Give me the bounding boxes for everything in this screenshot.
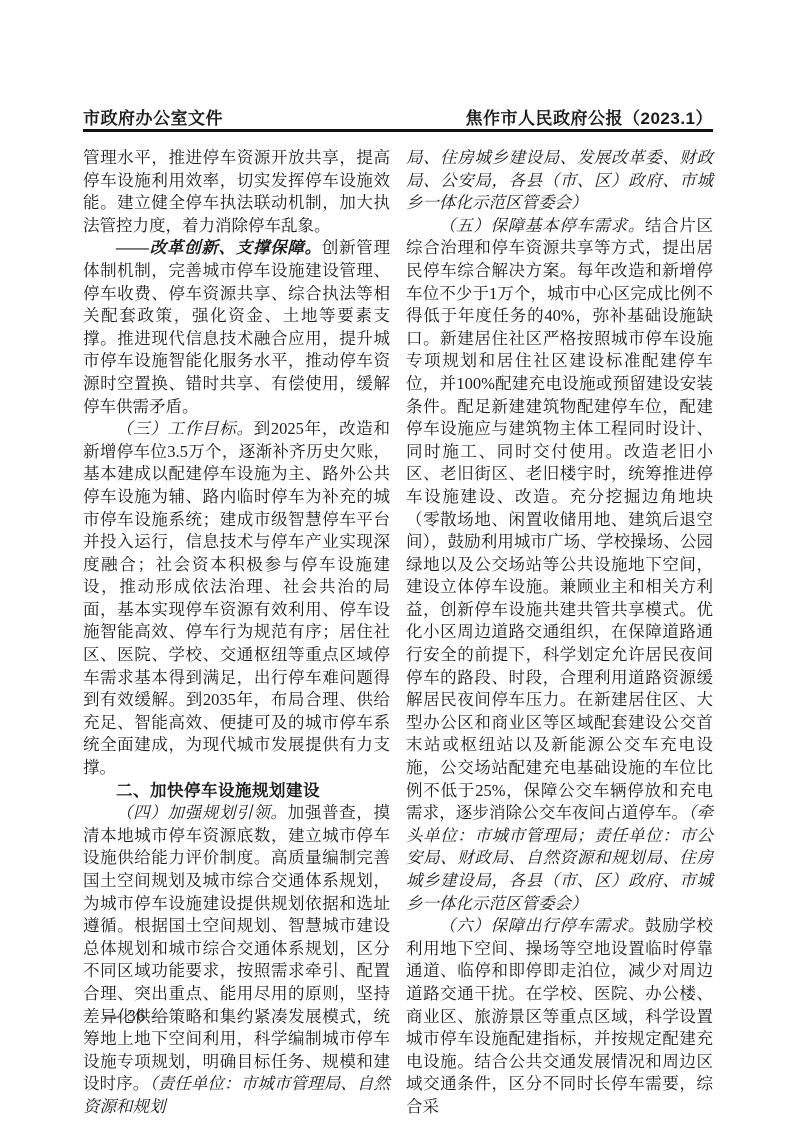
text-run-normal: 加强普查，摸清本地城市停车资源底数，建立城市停车设施供给能力评价制度。高质量编制…: [83, 803, 390, 1093]
header-rule: [83, 129, 713, 132]
header-gazette-title: 焦作市人民政府公报（2023.1）: [466, 104, 714, 129]
paragraph-basic-parking-demand: （五）保障基本停车需求。结合片区综合治理和停车资源共享等方式，提出居民停车综合解…: [406, 215, 713, 915]
text-run-normal: 鼓励学校利用地下空间、操场等空地设置临时停靠通道、临停和即停即走泊位，减少对周边…: [406, 916, 713, 1116]
paragraph-travel-parking-demand: （六）保障出行停车需求。鼓励学校利用地下空间、操场等空地设置临时停靠通道、临停和…: [406, 915, 713, 1118]
paragraph-work-goals: （三）工作目标。到2025年，改造和新增停车位3.5万个，逐渐补齐历史欠账，基本…: [83, 418, 390, 780]
gazette-page: 市政府办公室文件 焦作市人民政府公报（2023.1） 管理水平，推进停车资源开放…: [0, 0, 793, 1122]
document-body: 管理水平，推进停车资源开放共享，提高停车设施利用效率，切实发挥停车设施效能。建立…: [83, 147, 713, 1119]
section-heading-2: 二、加快停车设施规划建设: [83, 780, 390, 803]
text-run-normal: 管理水平，推进停车资源开放共享，提高停车设施利用效率，切实发挥停车设施效能。建立…: [83, 148, 390, 235]
left-column: 管理水平，推进停车资源开放共享，提高停车设施利用效率，切实发挥停车设施效能。建立…: [83, 147, 390, 1119]
text-run-kai: （六）保障出行停车需求。: [439, 916, 645, 935]
paragraph-reform-innovation: ——改革创新、支撑保障。创新管理体制机制，完善城市停车设施建设管理、停车收费、停…: [83, 237, 390, 418]
text-run-heading: 二、加快停车设施规划建设: [116, 782, 320, 800]
text-run-kai: 局、住房城乡建设局、发展改革委、财政局、公安局，各县（市、区）政府、市城乡一体化…: [406, 148, 713, 212]
right-column: 局、住房城乡建设局、发展改革委、财政局、公安局，各县（市、区）政府、市城乡一体化…: [406, 147, 713, 1119]
paragraph-planning-guidance: （四）加强规划引领。加强普查，摸清本地城市停车资源底数，建立城市停车设施供给能力…: [83, 802, 390, 1118]
text-run-kai: （四）加强规划引领。: [116, 803, 288, 822]
text-run-kai: （五）保障基本停车需求。: [439, 216, 645, 235]
text-run-kai: （三）工作目标。: [116, 419, 254, 438]
paragraph-responsible-units-continued: 局、住房城乡建设局、发展改革委、财政局、公安局，各县（市、区）政府、市城乡一体化…: [406, 147, 713, 215]
text-run-normal: 创新管理体制机制，完善城市停车设施建设管理、停车收费、停车资源共享、综合执法等相…: [83, 238, 390, 415]
page-header: 市政府办公室文件 焦作市人民政府公报（2023.1）: [83, 104, 713, 129]
page-number: — 36 —: [104, 1006, 170, 1026]
text-run-normal: 结合片区综合治理和停车资源共享等方式，提出居民停车综合解决方案。每年改造和新增停…: [406, 216, 713, 822]
header-document-type: 市政府办公室文件: [83, 104, 223, 129]
text-run-kai-bold: ——改革创新、支撑保障。: [116, 238, 322, 257]
text-run-normal: 到2025年，改造和新增停车位3.5万个，逐渐补齐历史欠账，基本建成以配建停车设…: [83, 419, 390, 777]
paragraph-continued: 管理水平，推进停车资源开放共享，提高停车设施利用效率，切实发挥停车设施效能。建立…: [83, 147, 390, 237]
